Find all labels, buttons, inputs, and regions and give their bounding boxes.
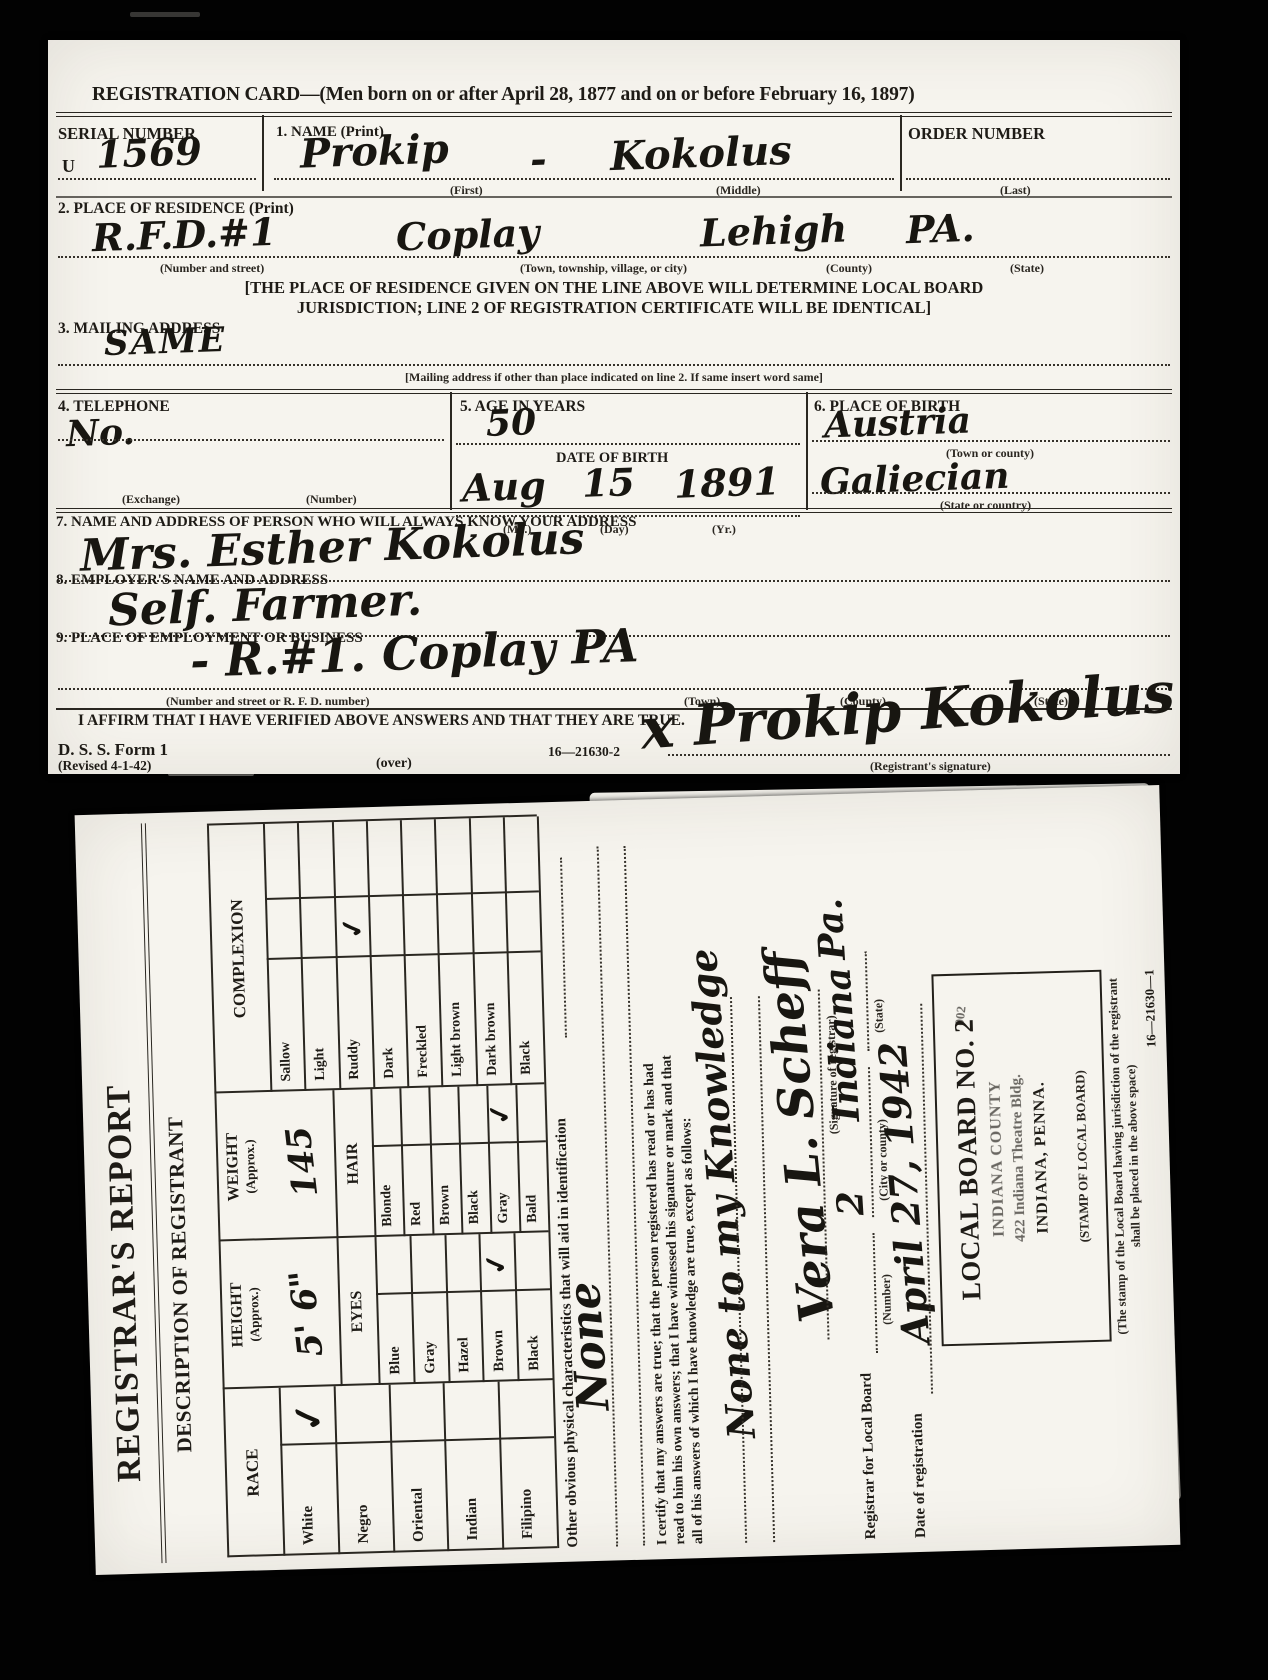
race-option: Oriental xyxy=(410,1488,429,1543)
eyes-header: EYES xyxy=(347,1237,369,1385)
rule xyxy=(56,389,1172,394)
weight-sub: (Approx.) xyxy=(240,1092,260,1240)
complexion-option: Black xyxy=(518,1040,535,1075)
race-option: White xyxy=(300,1506,318,1546)
sub-rfd-number: (Number and street or R. F. D. number) xyxy=(166,694,370,709)
race-option: Negro xyxy=(355,1504,373,1543)
name-middle-value: - xyxy=(529,136,547,184)
complexion-option: Light xyxy=(312,1048,329,1081)
eyes-option: Blue xyxy=(387,1346,405,1375)
serial-prefix: U xyxy=(62,156,75,177)
table-line xyxy=(376,1289,550,1295)
divider xyxy=(262,115,264,191)
row-line xyxy=(428,1087,434,1235)
race-option: Filipino xyxy=(519,1489,537,1539)
eyes-option: Gray xyxy=(421,1341,439,1374)
residence-line xyxy=(58,256,1170,258)
board-number-value: 2 xyxy=(829,1189,872,1217)
eyes-option: Brown xyxy=(490,1330,508,1372)
rule xyxy=(56,196,1172,198)
rule xyxy=(56,112,1172,117)
stamp-caption: (STAMP OF LOCAL BOARD) xyxy=(1069,972,1095,1340)
table-line xyxy=(219,1231,549,1242)
sub-yr: (Yr.) xyxy=(712,522,736,537)
complexion-option: Ruddy xyxy=(346,1039,363,1080)
leader-dots xyxy=(560,858,567,1038)
draft-card-back-wrapper: REGISTRAR'S REPORT DESCRIPTION OF REGIST… xyxy=(75,785,1181,1575)
dob-year-value: 1891 xyxy=(673,458,780,507)
divider xyxy=(450,392,452,510)
row-line xyxy=(515,1085,521,1233)
sub-county: (County) xyxy=(826,261,872,276)
row-line xyxy=(399,1088,405,1236)
form-id: D. S. S. Form 1 xyxy=(58,740,168,760)
registrar-report-title: REGISTRAR'S REPORT xyxy=(100,1084,149,1482)
race-option: Indian xyxy=(464,1498,482,1541)
board-state-value: Pa. xyxy=(808,897,854,961)
row-line xyxy=(443,1383,449,1551)
board-state-line xyxy=(865,951,870,1051)
weight-value: 145 xyxy=(278,1124,326,1199)
signature-caption: (Registrant's signature) xyxy=(870,759,991,774)
height-sub: (Approx.) xyxy=(245,1240,265,1388)
registrant-signature: x Prokip Kokolus xyxy=(638,659,1176,762)
divider xyxy=(900,115,902,191)
birth-town-line xyxy=(812,440,1170,442)
over-note: (over) xyxy=(376,756,412,772)
eyes-check: ✓ xyxy=(477,1249,514,1279)
race-header: RACE xyxy=(241,1388,266,1556)
row-line xyxy=(409,1236,415,1384)
name-first-value: Prokip xyxy=(299,125,449,177)
complexion-option: Dark brown xyxy=(483,1002,501,1076)
telephone-line xyxy=(58,439,444,441)
order-number-label: ORDER NUMBER xyxy=(908,124,1045,144)
mailing-caption: [Mailing address if other than place ind… xyxy=(48,370,1180,385)
local-board-stamp: LOCAL BOARD NO. 2 INDIANA COUNTY 422 Ind… xyxy=(931,970,1111,1347)
characteristics-line xyxy=(624,846,646,1546)
affirmation-text: I AFFIRM THAT I HAVE VERIFIED ABOVE ANSW… xyxy=(78,712,685,730)
back-print-code: 16—21630—1 xyxy=(1141,969,1159,1047)
form-revision: (Revised 4-1-42) xyxy=(58,758,151,774)
hair-header: HAIR xyxy=(342,1089,364,1237)
hair-option: Gray xyxy=(495,1192,512,1224)
hair-option: Blonde xyxy=(379,1184,396,1226)
mailing-line xyxy=(58,364,1170,366)
eyes-option: Black xyxy=(525,1335,543,1371)
sub-exchange: (Exchange) xyxy=(122,492,180,507)
table-line xyxy=(280,1437,554,1446)
table-line xyxy=(374,1237,380,1385)
hair-option: Red xyxy=(409,1202,426,1227)
stamp-extra-mark: 002 xyxy=(952,1005,970,1026)
stamp-line1: LOCAL BOARD NO. 2 xyxy=(947,975,988,1344)
mailing-value: SAME xyxy=(103,320,227,364)
hair-option: Bald xyxy=(524,1194,541,1222)
date-of-registration-label: Date of registration xyxy=(910,1413,930,1538)
print-code: 16—21630-2 xyxy=(548,744,620,760)
table-line xyxy=(370,1089,376,1237)
row-line xyxy=(457,1087,463,1235)
board-number-line xyxy=(873,1233,878,1353)
row-line xyxy=(513,1233,519,1381)
description-subtitle: DESCRIPTION OF REGISTRANT xyxy=(163,1116,197,1453)
birth-state-value: Galiecian xyxy=(819,455,1010,504)
table-border xyxy=(207,815,537,826)
board-city-value: Indiana xyxy=(816,966,868,1123)
race-check: ✓ xyxy=(283,1397,333,1437)
board-label: Registrar for Local Board xyxy=(858,1373,880,1540)
residence-note-line2: JURISDICTION; LINE 2 OF REGISTRATION CER… xyxy=(48,298,1180,318)
order-line xyxy=(906,178,1170,180)
age-value: 50 xyxy=(485,401,537,445)
residence-note-line1: [THE PLACE OF RESIDENCE GIVEN ON THE LIN… xyxy=(48,278,1180,298)
complexion-option: Light brown xyxy=(448,1002,466,1077)
complexion-option: Sallow xyxy=(278,1042,295,1082)
residence-state-value: PA. xyxy=(905,205,975,252)
hair-option: Brown xyxy=(437,1185,454,1226)
hair-option: Black xyxy=(466,1190,483,1225)
characteristics-line xyxy=(597,847,619,1547)
dob-day-value: 15 xyxy=(581,459,635,506)
residence-number-value: R.F.D.#1 xyxy=(91,209,277,260)
name-line xyxy=(274,178,894,180)
scanned-draft-card-page: REGISTRATION CARD—(Men born on or after … xyxy=(0,0,1268,1680)
row-line xyxy=(389,1385,395,1553)
stamp-line4: INDIANA, PENNA. xyxy=(1027,973,1055,1341)
complexion-header: COMPLEXION xyxy=(225,825,252,1093)
rule xyxy=(56,508,1172,513)
complexion-check: ✓ xyxy=(334,913,371,943)
divider xyxy=(806,392,808,510)
sub-number-street: (Number and street) xyxy=(160,261,264,276)
sub-number: (Number) xyxy=(306,492,357,507)
row-line xyxy=(498,1382,504,1550)
name-last-value: Kokolus xyxy=(609,127,792,180)
draft-card-back: REGISTRAR'S REPORT DESCRIPTION OF REGIST… xyxy=(75,785,1181,1575)
eyes-option: Hazel xyxy=(455,1337,473,1373)
birth-state-line xyxy=(812,492,1170,494)
dob-month-value: Aug xyxy=(461,463,546,511)
card-title: REGISTRATION CARD—(Men born on or after … xyxy=(92,84,915,106)
complexion-option: Dark xyxy=(381,1047,398,1079)
height-value: 5' 6" xyxy=(282,1268,332,1359)
serial-line xyxy=(58,178,256,180)
row-line xyxy=(444,1235,450,1383)
row-line xyxy=(334,1386,340,1554)
residence-town-value: Coplay xyxy=(395,210,540,260)
draft-card-front: REGISTRATION CARD—(Men born on or after … xyxy=(48,40,1180,774)
board-state-sub: (State) xyxy=(871,999,887,1033)
hair-check: ✓ xyxy=(481,1099,518,1129)
signature-line xyxy=(668,754,1170,756)
age-line xyxy=(456,443,800,445)
sub-town: (Town, township, village, or city) xyxy=(520,261,687,276)
residence-county-value: Lehigh xyxy=(699,205,848,255)
table-line xyxy=(214,1083,544,1094)
scan-artifact xyxy=(130,12,200,17)
table-line xyxy=(223,1379,553,1390)
telephone-value: No. xyxy=(65,411,135,455)
sub-state: (State) xyxy=(1010,261,1044,276)
serial-number-value: 1569 xyxy=(95,128,202,177)
complexion-option: Freckled xyxy=(415,1025,432,1078)
